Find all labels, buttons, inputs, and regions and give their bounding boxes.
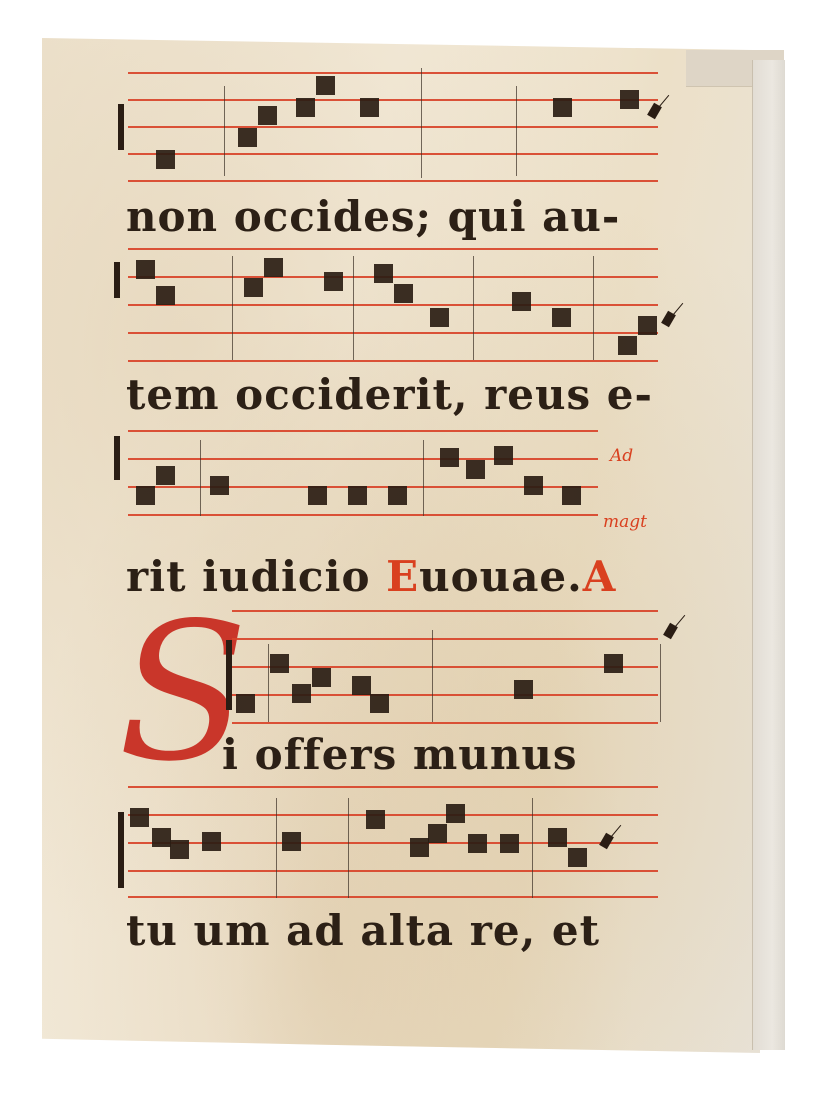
custos-icon xyxy=(599,833,614,850)
lyric-line-5: tu um ad alta re, et xyxy=(126,910,600,952)
clef-icon xyxy=(226,640,232,710)
clef-icon xyxy=(118,812,124,888)
red-initial-a: A xyxy=(583,552,617,601)
clef-icon xyxy=(114,262,120,298)
manuscript-leaf xyxy=(42,38,760,1053)
staff-1 xyxy=(128,68,658,178)
lyric-line-1: non occides; qui au- xyxy=(126,196,620,238)
lyric-line-2: tem occiderit, reus e- xyxy=(126,374,653,416)
staff-3 xyxy=(128,430,598,516)
staff-5 xyxy=(128,786,658,898)
clef-icon xyxy=(114,436,120,480)
rubric-magt: magt xyxy=(603,512,647,532)
euouae-text: uouae. xyxy=(419,552,583,601)
clef-icon xyxy=(118,104,124,150)
lyric-line-4: i offers munus xyxy=(222,734,578,776)
staff-2 xyxy=(128,248,658,360)
red-initial-e: E xyxy=(386,552,419,601)
rubric-ad: Ad xyxy=(610,446,633,466)
staff-4 xyxy=(232,610,658,722)
right-margin-strip xyxy=(752,60,785,1050)
